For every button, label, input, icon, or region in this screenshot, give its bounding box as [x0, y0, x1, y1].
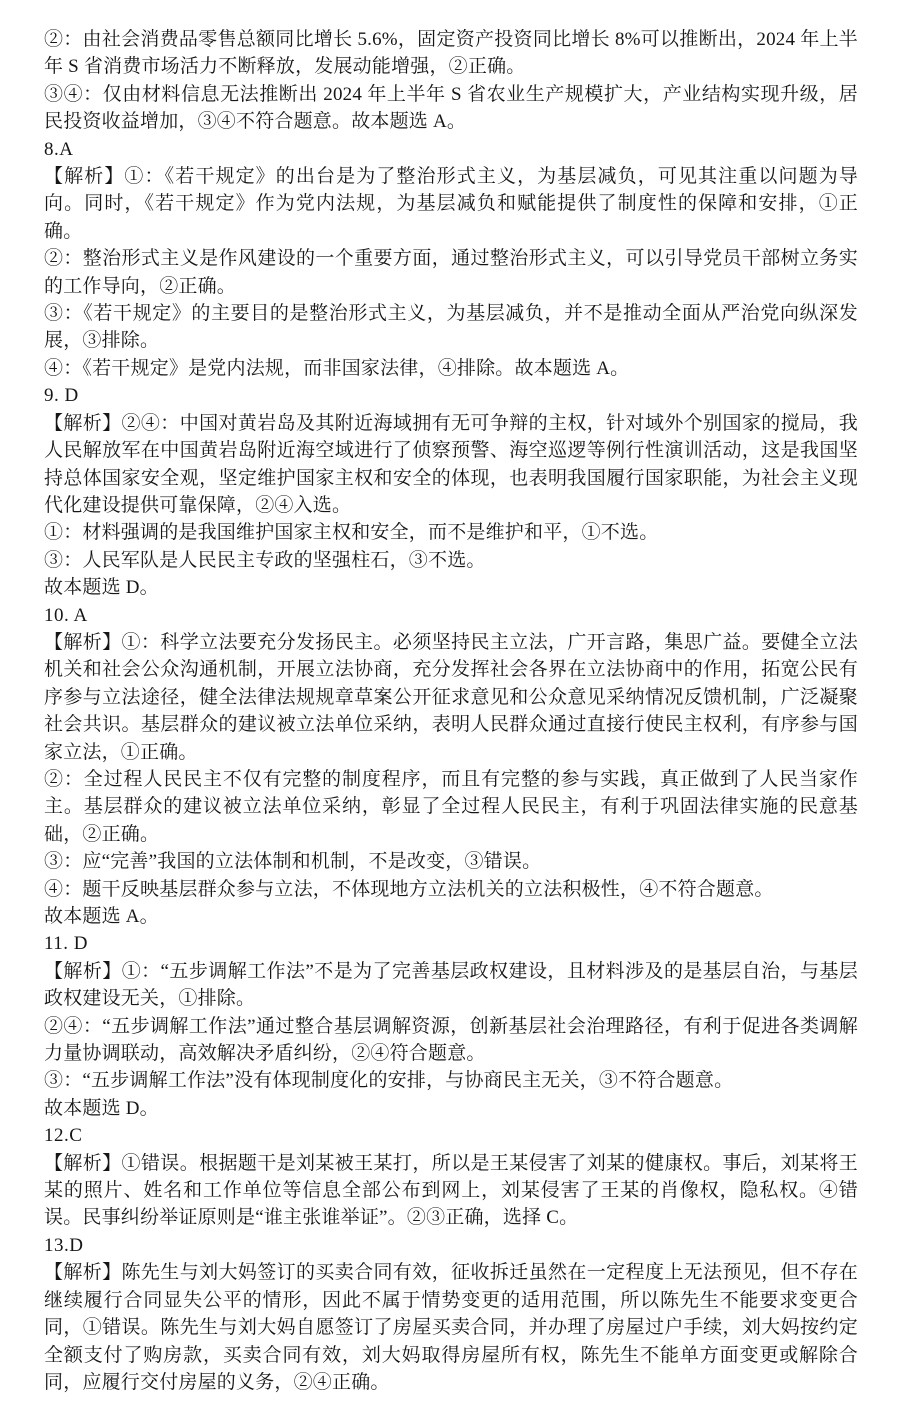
explanation-paragraph: ④：《若干规定》是党内法规，而非国家法律，④排除。故本题选 A。 [44, 355, 858, 382]
explanation-paragraph: ④：题干反映基层群众参与立法，不体现地方立法机关的立法积极性，④不符合题意。 [44, 876, 858, 903]
explanation-paragraph: ③：人民军队是人民民主专政的坚强柱石，③不选。 [44, 547, 858, 574]
explanation-paragraph: 故本题选 A。 [44, 903, 858, 930]
answers-container: ②：由社会消费品零售总额同比增长 5.6%，固定资产投资同比增长 8%可以推断出… [44, 26, 858, 1396]
explanation-paragraph: ②：由社会消费品零售总额同比增长 5.6%，固定资产投资同比增长 8%可以推断出… [44, 26, 858, 81]
explanation-paragraph: 【解析】①：“五步调解工作法”不是为了完善基层政权建设，且材料涉及的是基层自治，… [44, 958, 858, 1013]
explanation-paragraph: ③④：仅由材料信息无法推断出 2024 年上半年 S 省农业生产规模扩大，产业结… [44, 81, 858, 136]
answer-number-heading: 10. A [44, 602, 858, 629]
explanation-paragraph: 【解析】②④：中国对黄岩岛及其附近海域拥有无可争辩的主权，针对域外个别国家的搅局… [44, 410, 858, 520]
explanation-paragraph: ②：整治形式主义是作风建设的一个重要方面，通过整治形式主义，可以引导党员干部树立… [44, 245, 858, 300]
explanation-paragraph: 故本题选 D。 [44, 574, 858, 601]
explanation-paragraph: ①：材料强调的是我国维护国家主权和安全，而不是维护和平，①不选。 [44, 519, 858, 546]
explanation-paragraph: 【解析】①：《若干规定》的出台是为了整治形式主义，为基层减负，可见其注重以问题为… [44, 163, 858, 245]
explanation-paragraph: ③：应“完善”我国的立法体制和机制，不是改变，③错误。 [44, 848, 858, 875]
answer-number-heading: 13.D [44, 1232, 858, 1259]
answer-number-heading: 12.C [44, 1122, 858, 1149]
answer-number-heading: 9. D [44, 382, 858, 409]
explanation-paragraph: ②：全过程人民民主不仅有完整的制度程序，而且有完整的参与实践，真正做到了人民当家… [44, 766, 858, 848]
answer-sheet-page: ②：由社会消费品零售总额同比增长 5.6%，固定资产投资同比增长 8%可以推断出… [0, 0, 900, 1408]
explanation-paragraph: 【解析】①错误。根据题干是刘某被王某打，所以是王某侵害了刘某的健康权。事后，刘某… [44, 1150, 858, 1232]
explanation-paragraph: 【解析】①：科学立法要充分发扬民主。必须坚持民主立法，广开言路，集思广益。要健全… [44, 629, 858, 766]
answer-number-heading: 11. D [44, 930, 858, 957]
explanation-paragraph: ③：“五步调解工作法”没有体现制度化的安排，与协商民主无关，③不符合题意。 [44, 1067, 858, 1094]
explanation-paragraph: ②④：“五步调解工作法”通过整合基层调解资源，创新基层社会治理路径，有利于促进各… [44, 1013, 858, 1068]
explanation-paragraph: 故本题选 D。 [44, 1095, 858, 1122]
explanation-paragraph: ③：《若干规定》的主要目的是整治形式主义，为基层减负，并不是推动全面从严治党向纵… [44, 300, 858, 355]
explanation-paragraph: 【解析】陈先生与刘大妈签订的买卖合同有效，征收拆迁虽然在一定程度上无法预见，但不… [44, 1259, 858, 1396]
answer-number-heading: 8.A [44, 136, 858, 163]
